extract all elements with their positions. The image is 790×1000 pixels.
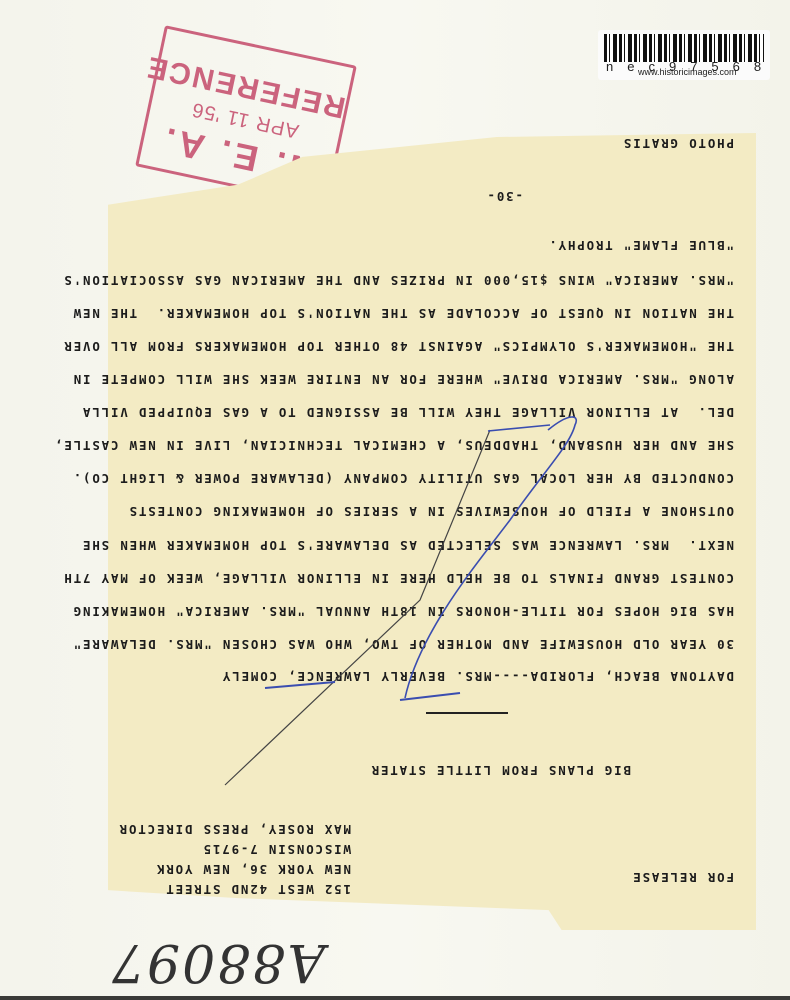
pen-crop-marks-icon [0,0,790,1000]
handwritten-archive-id: A88097 [110,932,325,992]
scan-edge [0,996,790,1000]
